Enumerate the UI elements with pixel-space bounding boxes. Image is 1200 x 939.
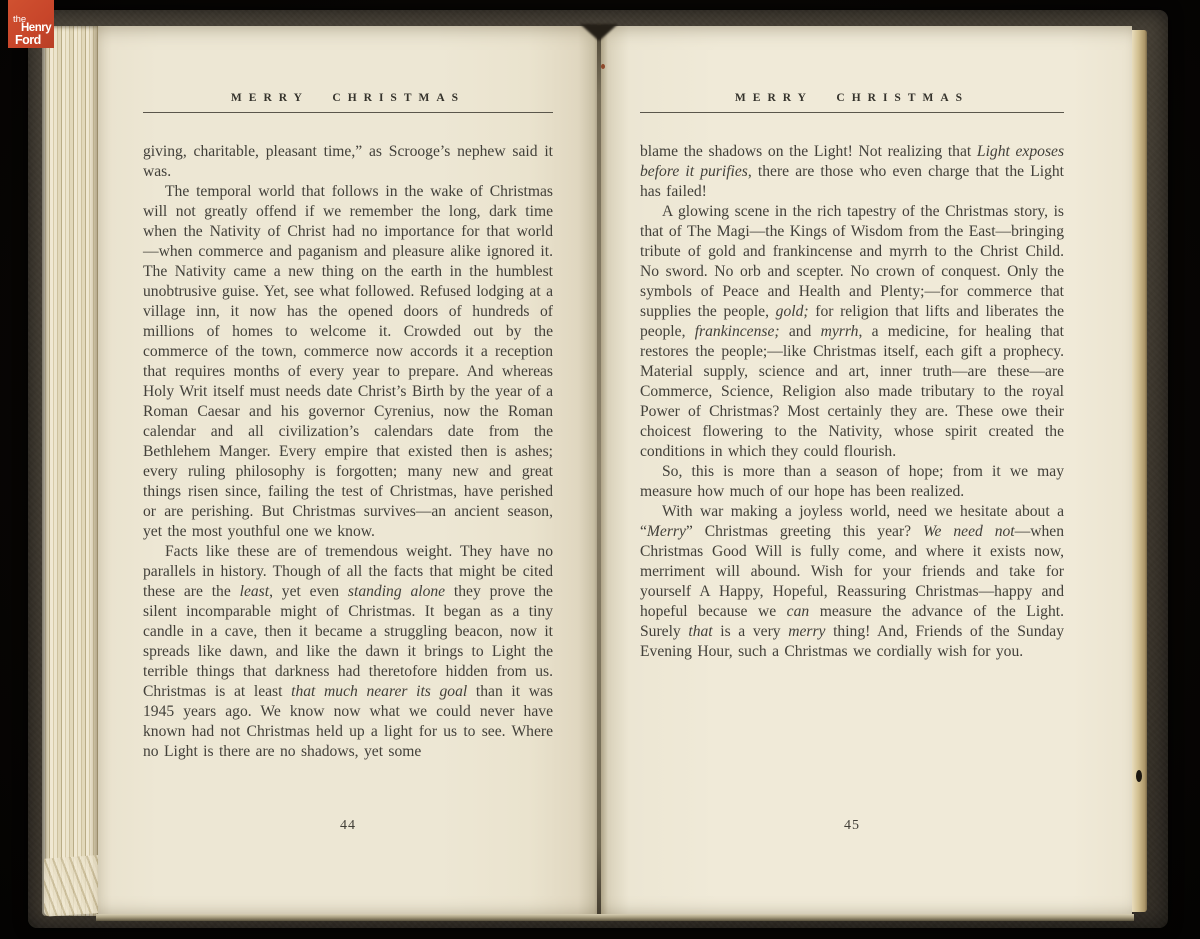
head-rule-right bbox=[640, 112, 1064, 113]
right-page-text: blame the shadows on the Light! Not real… bbox=[640, 142, 1064, 662]
gutter-notch bbox=[580, 24, 618, 41]
page-edges-bottom bbox=[96, 914, 1134, 921]
henry-ford-logo: the Henry Ford bbox=[8, 0, 54, 48]
photo-background: MERRY CHRISTMAS giving, charitable, plea… bbox=[0, 0, 1200, 939]
book-gutter bbox=[597, 24, 601, 916]
paragraph: blame the shadows on the Light! Not real… bbox=[640, 142, 1064, 202]
page-number-right: 45 bbox=[640, 818, 1064, 834]
paper-speck bbox=[601, 64, 605, 69]
page-number-left: 44 bbox=[143, 818, 553, 834]
right-page: MERRY CHRISTMAS blame the shadows on the… bbox=[601, 26, 1132, 916]
paragraph: giving, charitable, pleasant time,” as S… bbox=[143, 142, 553, 182]
left-page-text: giving, charitable, pleasant time,” as S… bbox=[143, 142, 553, 762]
paragraph: Facts like these are of tremendous weigh… bbox=[143, 542, 553, 762]
left-page: MERRY CHRISTMAS giving, charitable, plea… bbox=[98, 26, 599, 916]
head-rule-left bbox=[143, 112, 553, 113]
paragraph: So, this is more than a season of hope; … bbox=[640, 462, 1064, 502]
page-edges-left bbox=[42, 26, 98, 916]
paragraph: A glowing scene in the rich tapestry of … bbox=[640, 202, 1064, 462]
running-head-left: MERRY CHRISTMAS bbox=[143, 92, 553, 104]
cover-speck bbox=[1136, 770, 1142, 782]
running-head-right: MERRY CHRISTMAS bbox=[640, 92, 1064, 104]
paragraph: With war making a joyless world, need we… bbox=[640, 502, 1064, 662]
logo-text-ford: Ford bbox=[15, 34, 41, 47]
paragraph: The temporal world that follows in the w… bbox=[143, 182, 553, 542]
